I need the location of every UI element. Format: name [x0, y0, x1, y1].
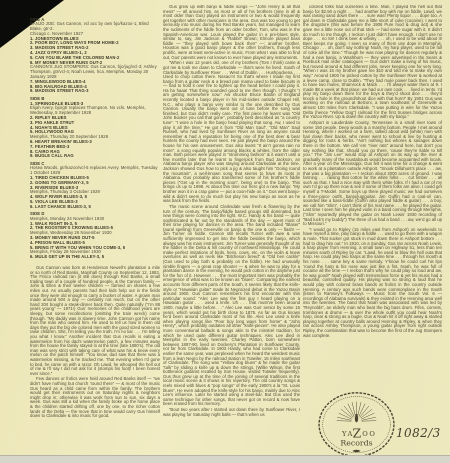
tracklist: SIDE A BANJO JOE: Gus Cannon, vcl acc by… — [30, 18, 160, 261]
tracklist-line: CANNON’S JUG STOMPERS: Gus Cannon, bjo/j… — [30, 65, 160, 79]
left-column: SIDE A BANJO JOE: Gus Cannon, vcl acc by… — [30, 15, 160, 456]
logo-text-records: Records — [340, 438, 372, 447]
scan-bottom-edge — [0, 455, 450, 463]
biography-section: Gus Cannon was born at Henderson Newell’… — [30, 266, 160, 419]
notes-column-right: colored folks had ourselves a time. Man,… — [303, 5, 442, 388]
tracklist-line: 9. MADISON STREET RAG-3 — [30, 89, 160, 94]
tracklist-line: 6. MULE GET UP IN THE ALLEY-3, 5 — [30, 255, 160, 260]
record-label-emblem-icon: YA Z OO Records — [317, 391, 396, 458]
liner-notes-paragraph: “When I was 12 years old, one of my brot… — [163, 61, 300, 203]
tracklist-line: 6. LAST CHANCE BLUES-3, 5 — [30, 205, 160, 210]
logo-bottom-ornament-icon — [352, 450, 360, 452]
liner-notes-paragraph: “Bout two years after I started out down… — [163, 408, 300, 417]
logo-wordmark: YA Z OO Records — [340, 426, 376, 448]
tracklist-line: 9. BUGLE CALL RAG — [30, 154, 160, 159]
liner-notes-paragraph: Gus Cannon was born at Henderson Newell’… — [30, 266, 160, 376]
liner-notes-paragraph: The music scene around Clarksdale was fr… — [163, 205, 300, 407]
catalog-number: 1082/3 — [396, 426, 441, 440]
notes-column-middle: Gus grew up with banjo & fiddle songs — … — [163, 5, 300, 455]
logo-text-oo: OO — [362, 430, 376, 438]
yazoo-records-logo: YA Z OO Records — [317, 391, 396, 458]
album-back-cover: SIDE A BANJO JOE: Gus Cannon, vcl acc by… — [0, 0, 450, 463]
peacock-icon — [355, 414, 358, 423]
liner-notes-paragraph: colored folks had ourselves a time. Man,… — [303, 5, 442, 120]
liner-notes-paragraph: Gus grew up with banjo & fiddle songs — … — [163, 5, 300, 60]
liner-notes-paragraph: Ashport in Lauderdale County, Tennessee … — [303, 121, 442, 227]
liner-notes-paragraph: Few dances or frolics were held around R… — [30, 377, 160, 418]
liner-notes-paragraph: “I would go to Ripley (15 miles east fro… — [303, 228, 442, 338]
